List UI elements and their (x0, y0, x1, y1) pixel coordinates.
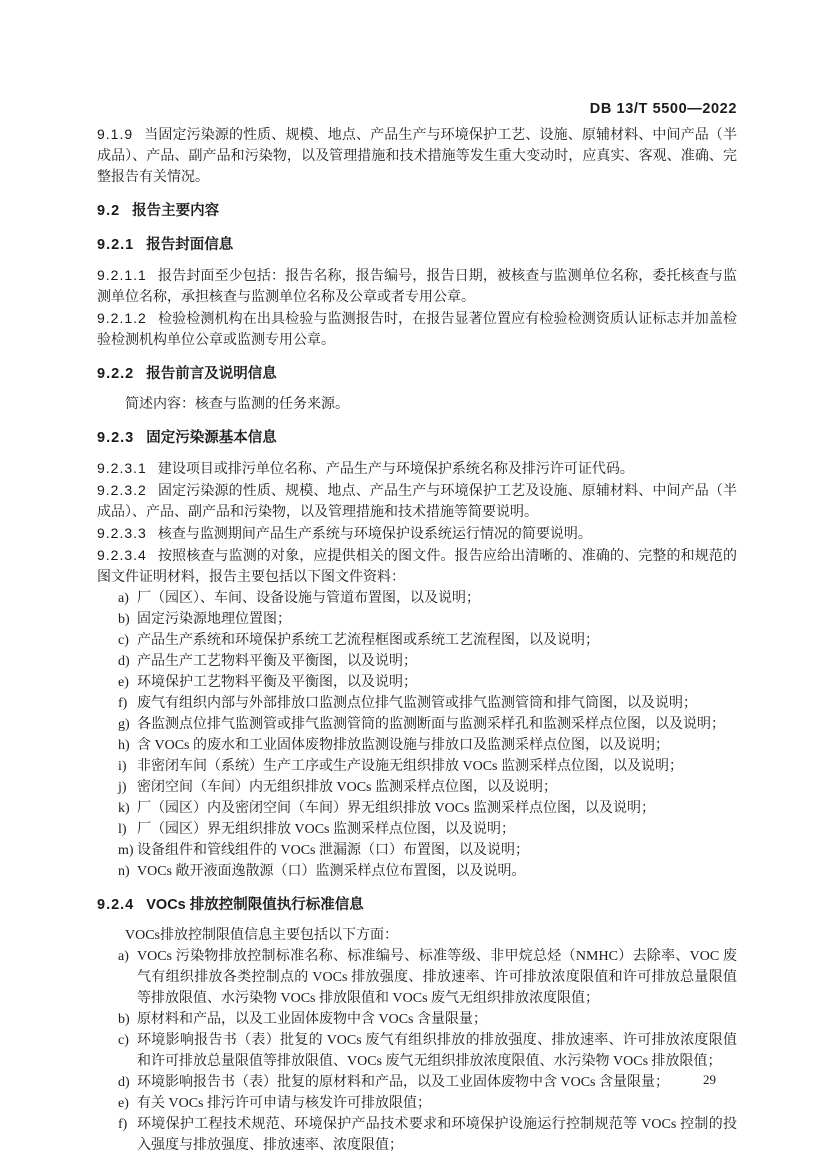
list-item-text: VOCs 敞开液面逸散源（口）监测采样点位布置图，以及说明。 (137, 864, 526, 879)
list-item-text: 固定污染源地理位置图； (137, 612, 291, 627)
list-item-label: e) (118, 672, 129, 693)
clause-9-2-1-1: 9.2.1.1报告封面至少包括：报告名称，报告编号，报告日期，被核查与监测单位名… (97, 265, 737, 308)
list-item-label: c) (118, 1030, 129, 1051)
clause-text: 当固定污染源的性质、规模、地点、产品生产与环境保护工艺、设施、原辅材料、中间产品… (97, 128, 737, 185)
list-item: k)厂（园区）内及密闭空间（车间）界无组织排放 VOCs 监测采样点位图，以及说… (97, 798, 737, 819)
heading-number: 9.2 (97, 203, 120, 219)
section-heading-9-2-1: 9.2.1报告封面信息 (97, 235, 737, 256)
list-item-label: d) (118, 651, 130, 672)
section-heading-9-2: 9.2报告主要内容 (97, 201, 737, 222)
clause-number: 9.2.3.4 (97, 547, 147, 563)
list-item: a)厂（园区）、车间、设备设施与管道布置图，以及说明； (97, 588, 737, 609)
list-item-text: 原材料和产品，以及工业固体废物中含 VOCs 含量限量； (137, 1012, 487, 1027)
clause-text: 报告封面至少包括：报告名称，报告编号，报告日期，被核查与监测单位名称，委托核查与… (97, 269, 737, 305)
list-item: i)非密闭车间（系统）生产工序或生产设施无组织排放 VOCs 监测采样点位图，以… (97, 756, 737, 777)
list-item-label: j) (118, 777, 127, 798)
list-item: c)环境影响报告书（表）批复的 VOCs 废气有组织排放的排放强度、排放速率、许… (97, 1030, 737, 1072)
clause-9-2-3-1: 9.2.3.1建设项目或排污单位名称、产品生产与环境保护系统名称及排污许可证代码… (97, 458, 737, 480)
clause-text: 核查与监测期间产品生产系统与环境保护设系统运行情况的简要说明。 (158, 527, 592, 542)
list-item: c)产品生产系统和环境保护系统工艺流程框图或系统工艺流程图，以及说明； (97, 630, 737, 651)
heading-title: 报告主要内容 (132, 203, 219, 219)
clause-number: 9.2.3.3 (97, 525, 147, 541)
list-item: f)废气有组织内部与外部排放口监测点位排气监测管或排气监测管筒和排气筒图，以及说… (97, 693, 737, 714)
clause-9-2-3-2: 9.2.3.2固定污染源的性质、规模、地点、产品生产与环境保护工艺及设施、原辅材… (97, 480, 737, 523)
list-item: g)各监测点位排气监测管或排气监测管筒的监测断面与监测采样孔和监测采样点位图，以… (97, 714, 737, 735)
list-item: a)VOCs 污染物排放控制标准名称、标准编号、标准等级、非甲烷总烃（NMHC）… (97, 946, 737, 1009)
list-item-text: 各监测点位排气监测管或排气监测管筒的监测断面与监测采样孔和监测采样点位图，以及说… (137, 717, 725, 732)
list-item-text: 密闭空间（车间）内无组织排放 VOCs 监测采样点位图，以及说明； (137, 780, 557, 795)
paragraph-9-2-2: 简述内容：核查与监测的任务来源。 (97, 394, 737, 415)
list-item: e)环境保护工艺物料平衡及平衡图，以及说明； (97, 672, 737, 693)
list-item-label: g) (118, 714, 130, 735)
list-item-text: 环境影响报告书（表）批复的原材料和产品，以及工业固体废物中含 VOCs 含量限量… (137, 1075, 669, 1090)
clause-number: 9.2.3.1 (97, 460, 147, 476)
list-item-text: 废气有组织内部与外部排放口监测点位排气监测管或排气监测管筒和排气筒图，以及说明； (137, 696, 697, 711)
list-item: m)设备组件和管线组件的 VOCs 泄漏源（口）布置图，以及说明； (97, 840, 737, 861)
list-9-2-3-4: a)厂（园区）、车间、设备设施与管道布置图，以及说明； b)固定污染源地理位置图… (97, 588, 737, 882)
list-item-text: 非密闭车间（系统）生产工序或生产设施无组织排放 VOCs 监测采样点位图，以及说… (137, 759, 683, 774)
list-item-label: h) (118, 735, 130, 756)
list-item-label: f) (118, 693, 127, 714)
document-page: DB 13/T 5500—2022 9.1.9当固定污染源的性质、规模、地点、产… (0, 0, 826, 1169)
clause-9-2-3-3: 9.2.3.3核查与监测期间产品生产系统与环境保护设系统运行情况的简要说明。 (97, 523, 737, 545)
list-item: d)环境影响报告书（表）批复的原材料和产品，以及工业固体废物中含 VOCs 含量… (97, 1072, 737, 1093)
heading-title: 报告前言及说明信息 (146, 366, 277, 382)
list-item-text: 设备组件和管线组件的 VOCs 泄漏源（口）布置图，以及说明； (137, 843, 529, 858)
list-item-label: a) (118, 946, 129, 967)
list-item-text: 环境保护工程技术规范、环境保护产品技术要求和环境保护设施运行控制规范等 VOCs… (137, 1117, 737, 1153)
heading-number: 9.2.1 (97, 237, 134, 253)
clause-text: 按照核查与监测的对象，应提供相关的图文件。报告应给出清晰的、准确的、完整的和规范… (97, 549, 737, 585)
list-item: d)产品生产工艺物料平衡及平衡图，以及说明； (97, 651, 737, 672)
list-item-label: b) (118, 1009, 130, 1030)
list-item-label: a) (118, 588, 129, 609)
page-content: DB 13/T 5500—2022 9.1.9当固定污染源的性质、规模、地点、产… (97, 101, 737, 1156)
paragraph-9-2-4: VOCs排放控制限值信息主要包括以下方面： (97, 925, 737, 946)
list-item-label: i) (118, 756, 127, 777)
list-item-text: 厂（园区）、车间、设备设施与管道布置图，以及说明； (137, 591, 480, 606)
list-item-label: e) (118, 1093, 129, 1114)
clause-9-2-3-4: 9.2.3.4按照核查与监测的对象，应提供相关的图文件。报告应给出清晰的、准确的… (97, 545, 737, 588)
list-item: j)密闭空间（车间）内无组织排放 VOCs 监测采样点位图，以及说明； (97, 777, 737, 798)
heading-title: 固定污染源基本信息 (146, 430, 277, 446)
list-item: l)厂（园区）界无组织排放 VOCs 监测采样点位图，以及说明； (97, 819, 737, 840)
clause-number: 9.2.1.1 (97, 267, 147, 283)
list-item-text: 有关 VOCs 排污许可申请与核发许可排放限值； (137, 1096, 431, 1111)
list-item: e)有关 VOCs 排污许可申请与核发许可排放限值； (97, 1093, 737, 1114)
clause-text: 检验检测机构在出具检验与监测报告时，在报告显著位置应有检验检测资质认证标志并加盖… (97, 312, 737, 348)
list-item: h)含 VOCs 的废水和工业固体废物排放监测设施与排放口及监测采样点位图，以及… (97, 735, 737, 756)
list-item-label: d) (118, 1072, 130, 1093)
list-item-label: n) (118, 861, 130, 882)
section-heading-9-2-3: 9.2.3固定污染源基本信息 (97, 428, 737, 449)
list-item-label: c) (118, 630, 129, 651)
clause-number: 9.1.9 (97, 126, 133, 142)
heading-number: 9.2.3 (97, 430, 134, 446)
list-item-label: m) (118, 840, 134, 861)
list-item-text: 环境保护工艺物料平衡及平衡图，以及说明； (137, 675, 417, 690)
heading-number: 9.2.2 (97, 366, 134, 382)
clause-text: 固定污染源的性质、规模、地点、产品生产与环境保护工艺及设施、原辅材料、中间产品（… (97, 484, 737, 520)
list-item-text: 含 VOCs 的废水和工业固体废物排放监测设施与排放口及监测采样点位图，以及说明… (137, 738, 669, 753)
clause-number: 9.2.1.2 (97, 310, 147, 326)
list-item-label: k) (118, 798, 130, 819)
list-item-label: l) (118, 819, 127, 840)
list-item-text: 环境影响报告书（表）批复的 VOCs 废气有组织排放的排放强度、排放速率、许可排… (137, 1033, 737, 1069)
list-item: b)原材料和产品，以及工业固体废物中含 VOCs 含量限量； (97, 1009, 737, 1030)
doc-code-header: DB 13/T 5500—2022 (97, 101, 737, 117)
clause-text: 建设项目或排污单位名称、产品生产与环境保护系统名称及排污许可证代码。 (158, 462, 634, 477)
list-item-text: 厂（园区）内及密闭空间（车间）界无组织排放 VOCs 监测采样点位图，以及说明； (137, 801, 655, 816)
clause-9-2-1-2: 9.2.1.2检验检测机构在出具检验与监测报告时，在报告显著位置应有检验检测资质… (97, 308, 737, 351)
list-item-text: 产品生产工艺物料平衡及平衡图，以及说明； (137, 654, 417, 669)
list-item: b)固定污染源地理位置图； (97, 609, 737, 630)
heading-number: 9.2.4 (97, 897, 134, 913)
heading-title: VOCs 排放控制限值执行标准信息 (146, 897, 364, 913)
heading-title: 报告封面信息 (146, 237, 233, 253)
page-number: 29 (703, 1072, 716, 1088)
list-item-text: 厂（园区）界无组织排放 VOCs 监测采样点位图，以及说明； (137, 822, 515, 837)
list-item: f)环境保护工程技术规范、环境保护产品技术要求和环境保护设施运行控制规范等 VO… (97, 1114, 737, 1156)
list-9-2-4: a)VOCs 污染物排放控制标准名称、标准编号、标准等级、非甲烷总烃（NMHC）… (97, 946, 737, 1156)
clause-number: 9.2.3.2 (97, 482, 147, 498)
list-item-label: b) (118, 609, 130, 630)
section-heading-9-2-4: 9.2.4VOCs 排放控制限值执行标准信息 (97, 895, 737, 916)
list-item: n)VOCs 敞开液面逸散源（口）监测采样点位布置图，以及说明。 (97, 861, 737, 882)
list-item-label: f) (118, 1114, 127, 1135)
list-item-text: 产品生产系统和环境保护系统工艺流程框图或系统工艺流程图，以及说明； (137, 633, 599, 648)
clause-9-1-9: 9.1.9当固定污染源的性质、规模、地点、产品生产与环境保护工艺、设施、原辅材料… (97, 124, 737, 188)
section-heading-9-2-2: 9.2.2报告前言及说明信息 (97, 364, 737, 385)
list-item-text: VOCs 污染物排放控制标准名称、标准编号、标准等级、非甲烷总烃（NMHC）去除… (137, 949, 737, 1006)
